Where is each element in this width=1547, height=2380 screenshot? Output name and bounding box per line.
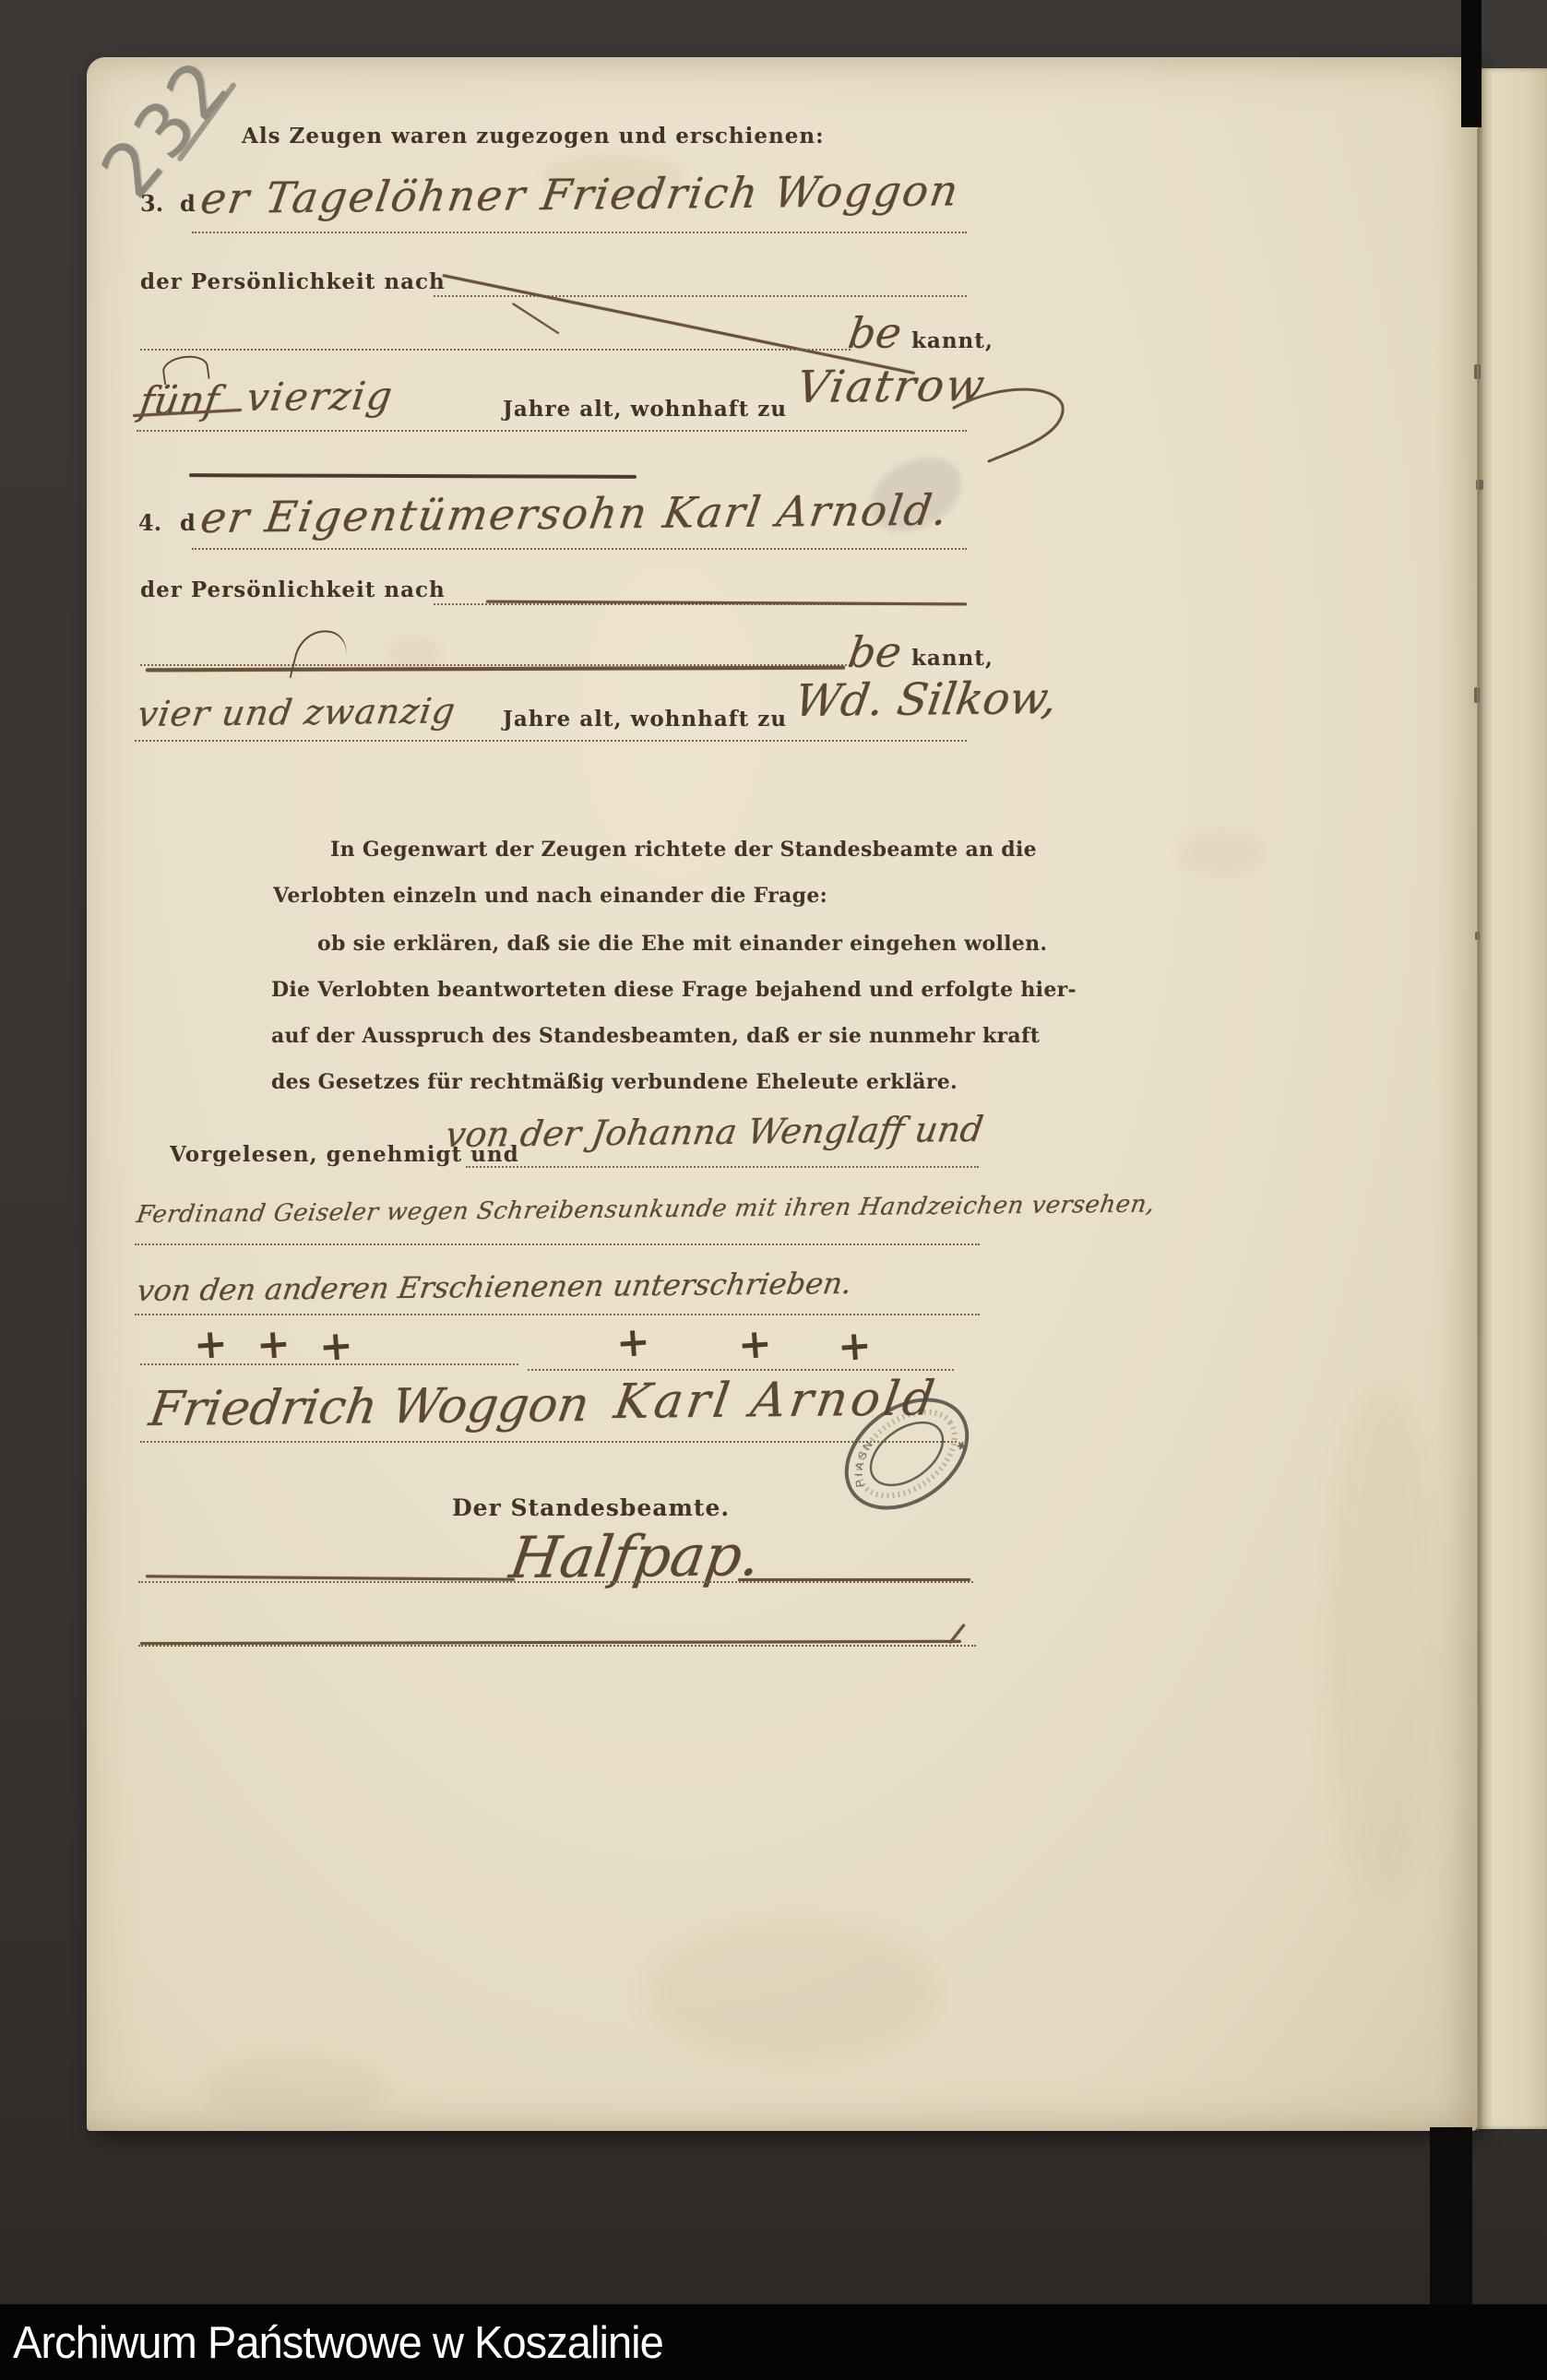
witness3-entry-handwriting: er Tagelöhner Friedrich Woggon <box>197 165 963 223</box>
declaration-line: des Gesetzes für rechtmäßig verbundene E… <box>271 1070 958 1094</box>
facing-page-edge <box>1478 68 1547 2129</box>
dotted-rule <box>135 740 967 742</box>
witness3-kannt-label: kannt, <box>911 328 994 353</box>
paper-stain <box>646 1919 941 2066</box>
signature-friedrich-woggon: Friedrich Woggon <box>146 1377 592 1437</box>
witness3-number: 3. <box>140 190 163 217</box>
witness4-entry-handwriting: er Eigentümersohn Karl Arnold. <box>197 485 952 542</box>
dotted-rule <box>137 430 967 432</box>
witness4-age-handwriting: vier und zwanzig <box>135 690 458 734</box>
dotted-rule <box>135 1244 980 1245</box>
paper-stain <box>1181 830 1264 876</box>
closing-handwriting-line1: von der Johanna Wenglaff und <box>443 1109 986 1155</box>
paper-stain <box>1328 1384 1439 1900</box>
dotted-rule <box>528 1369 954 1371</box>
witness-cross: + <box>614 1318 651 1367</box>
document-page <box>87 57 1478 2131</box>
witness4-article: d <box>180 509 196 536</box>
witness4-be-handwriting: be <box>845 626 905 677</box>
dotted-rule <box>192 232 967 233</box>
witness4-residence-handwriting: Wd. Silkow, <box>791 672 1061 727</box>
dotted-rule <box>138 1645 976 1647</box>
declaration-line: Die Verlobten beantworteten diese Frage … <box>271 978 1077 1002</box>
archive-label: Archiwum Państwowe w Koszalinie <box>13 2317 663 2369</box>
dotted-rule <box>135 1314 980 1315</box>
dotted-rule <box>140 1363 518 1365</box>
dotted-rule <box>140 349 851 351</box>
ink-swash <box>950 376 1079 469</box>
dotted-rule <box>192 548 967 550</box>
witness-cross: + <box>736 1320 773 1369</box>
paper-stain <box>203 2057 387 2122</box>
witness3-age-label: Jahre alt, wohnhaft zu <box>503 397 787 422</box>
dotted-rule <box>466 1166 979 1168</box>
witness3-be-handwriting: be <box>845 307 905 358</box>
witness4-number: 4. <box>138 509 161 536</box>
witness4-age-label: Jahre alt, wohnhaft zu <box>503 707 787 732</box>
ink-stamp: PIASN ✱ <box>824 1380 990 1528</box>
witness3-article: d <box>180 190 196 217</box>
witness-cross: + <box>192 1320 229 1369</box>
witness3-identity-label: der Persönlichkeit nach <box>140 269 446 294</box>
declaration-line: Verlobten einzeln und nach einander die … <box>273 884 827 908</box>
witnesses-header: Als Zeugen waren zugezogen und erschiene… <box>242 124 825 149</box>
page-crease <box>1477 129 1479 2131</box>
witness3-age-handwriting: vierzig <box>244 373 397 420</box>
witness3-age-struck-handwriting: fünf <box>137 377 222 423</box>
dotted-rule <box>434 295 967 297</box>
ink-stroke <box>738 1578 970 1581</box>
witness4-identity-label: der Persönlichkeit nach <box>140 577 446 602</box>
dotted-rule <box>138 1581 973 1583</box>
witness-cross: + <box>836 1322 873 1371</box>
binding-gutter-top <box>1461 0 1482 127</box>
declaration-line: In Gegenwart der Zeugen richtete der Sta… <box>330 838 1037 862</box>
binding-gutter-bottom <box>1430 2127 1472 2306</box>
declaration-line: ob sie erklären, daß sie die Ehe mit ein… <box>317 932 1047 956</box>
registrar-title: Der Standesbeamte. <box>452 1494 730 1521</box>
witness-cross: + <box>255 1320 292 1369</box>
declaration-line: auf der Ausspruch des Standesbeamten, da… <box>271 1024 1040 1048</box>
witness4-kannt-label: kannt, <box>911 646 994 671</box>
